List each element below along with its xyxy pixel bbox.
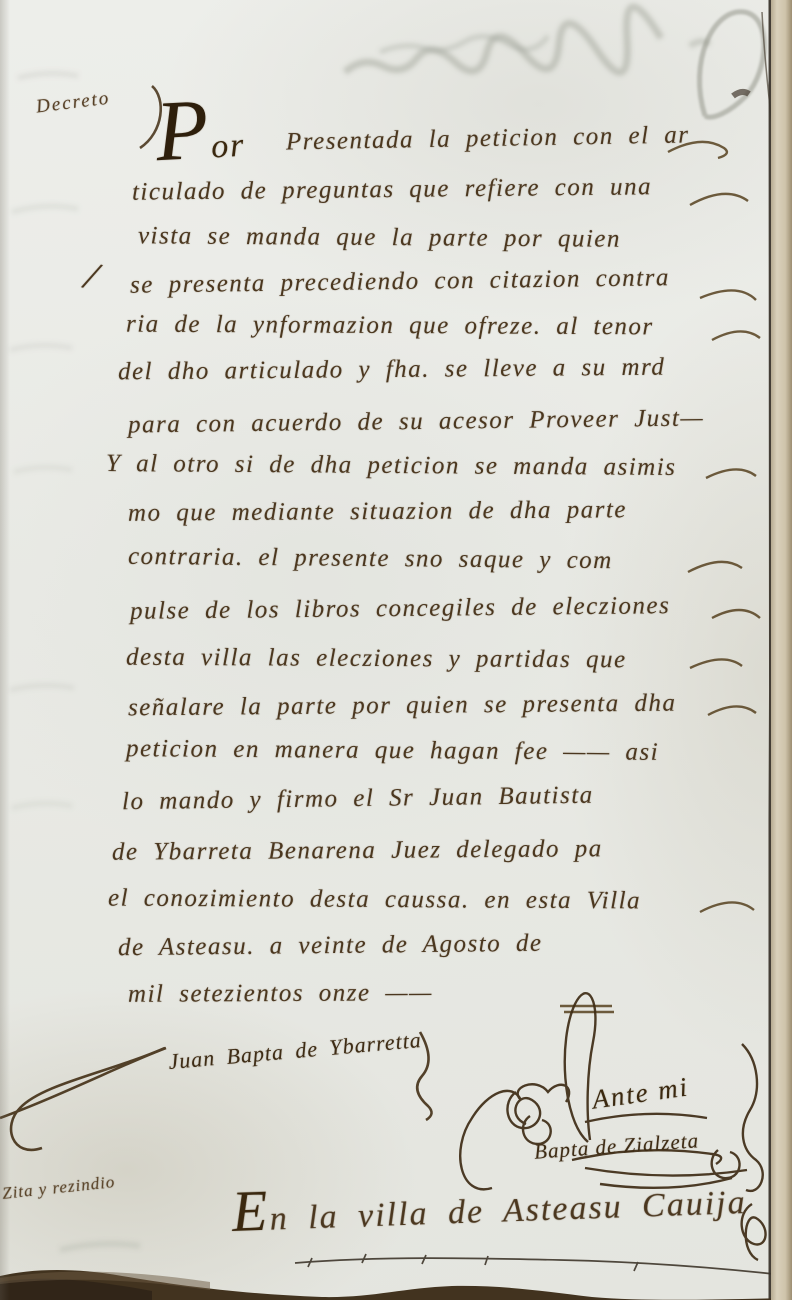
manuscript-line: ria de la ynformazion que ofreze. al ten… bbox=[126, 311, 654, 342]
manuscript-line: desta villa las elecziones y partidas qu… bbox=[126, 644, 627, 675]
manuscript-line: lo mando y firmo el Sr Juan Bautista bbox=[122, 782, 594, 817]
manuscript-line: Y al otro si de dha peticion se manda as… bbox=[106, 450, 677, 482]
manuscript-line: señalare la parte por quien se presenta … bbox=[128, 690, 677, 723]
manuscript-line: pulse de los libros concegiles de eleczi… bbox=[130, 592, 671, 626]
margin-mark: / bbox=[80, 251, 102, 299]
margin-note-decreto: Decreto bbox=[35, 88, 112, 119]
manuscript-line: del dho articulado y fha. se lleve a su … bbox=[118, 354, 666, 387]
manuscript-line: para con acuerdo de su acesor Proveer Ju… bbox=[128, 404, 704, 439]
manuscript-line: de Asteasu. a veinte de Agosto de bbox=[118, 930, 543, 962]
manuscript-line: ticulado de preguntas que refiere con un… bbox=[132, 173, 652, 206]
manuscript-line: Presentada la peticion con el ar bbox=[286, 121, 690, 156]
ruled-line bbox=[295, 1254, 792, 1276]
manuscript-line: contraria. el presente sno saque y com bbox=[128, 543, 613, 575]
manuscript-line: se presenta precediendo con citazion con… bbox=[130, 264, 670, 300]
next-entry-line: En la villa de Asteasu Cauija bbox=[231, 1177, 747, 1240]
notary-signature: Bapta de Zialzeta bbox=[533, 1128, 700, 1164]
manuscript-line: el conozimiento desta caussa. en esta Vi… bbox=[108, 885, 641, 916]
judge-signature: Juan Bapta de Ybarretta bbox=[167, 1027, 422, 1075]
manuscript-line: peticion en manera que hagan fee —— asi bbox=[126, 735, 659, 767]
page-edge-strip bbox=[771, 0, 792, 1300]
ante-mi-label: Ante mi bbox=[590, 1071, 691, 1115]
margin-note-bottom: Zita y rezindio bbox=[1, 1172, 116, 1204]
manuscript-scan: Decreto / Zita y rezindio Por Presentada… bbox=[0, 0, 792, 1300]
manuscript-line: mil setezientos onze —— bbox=[128, 979, 433, 1009]
ink-bleedthrough-loop bbox=[699, 12, 764, 117]
manuscript-line: de Ybarreta Benarena Juez delegado pa bbox=[112, 835, 603, 866]
opening-word: Por bbox=[154, 102, 246, 170]
manuscript-line: vista se manda que la parte por quien bbox=[138, 222, 621, 253]
manuscript-line: mo que mediante situazion de dha parte bbox=[128, 496, 627, 527]
bottom-page-edge bbox=[0, 1270, 792, 1300]
left-edge-shadow bbox=[0, 0, 10, 1300]
